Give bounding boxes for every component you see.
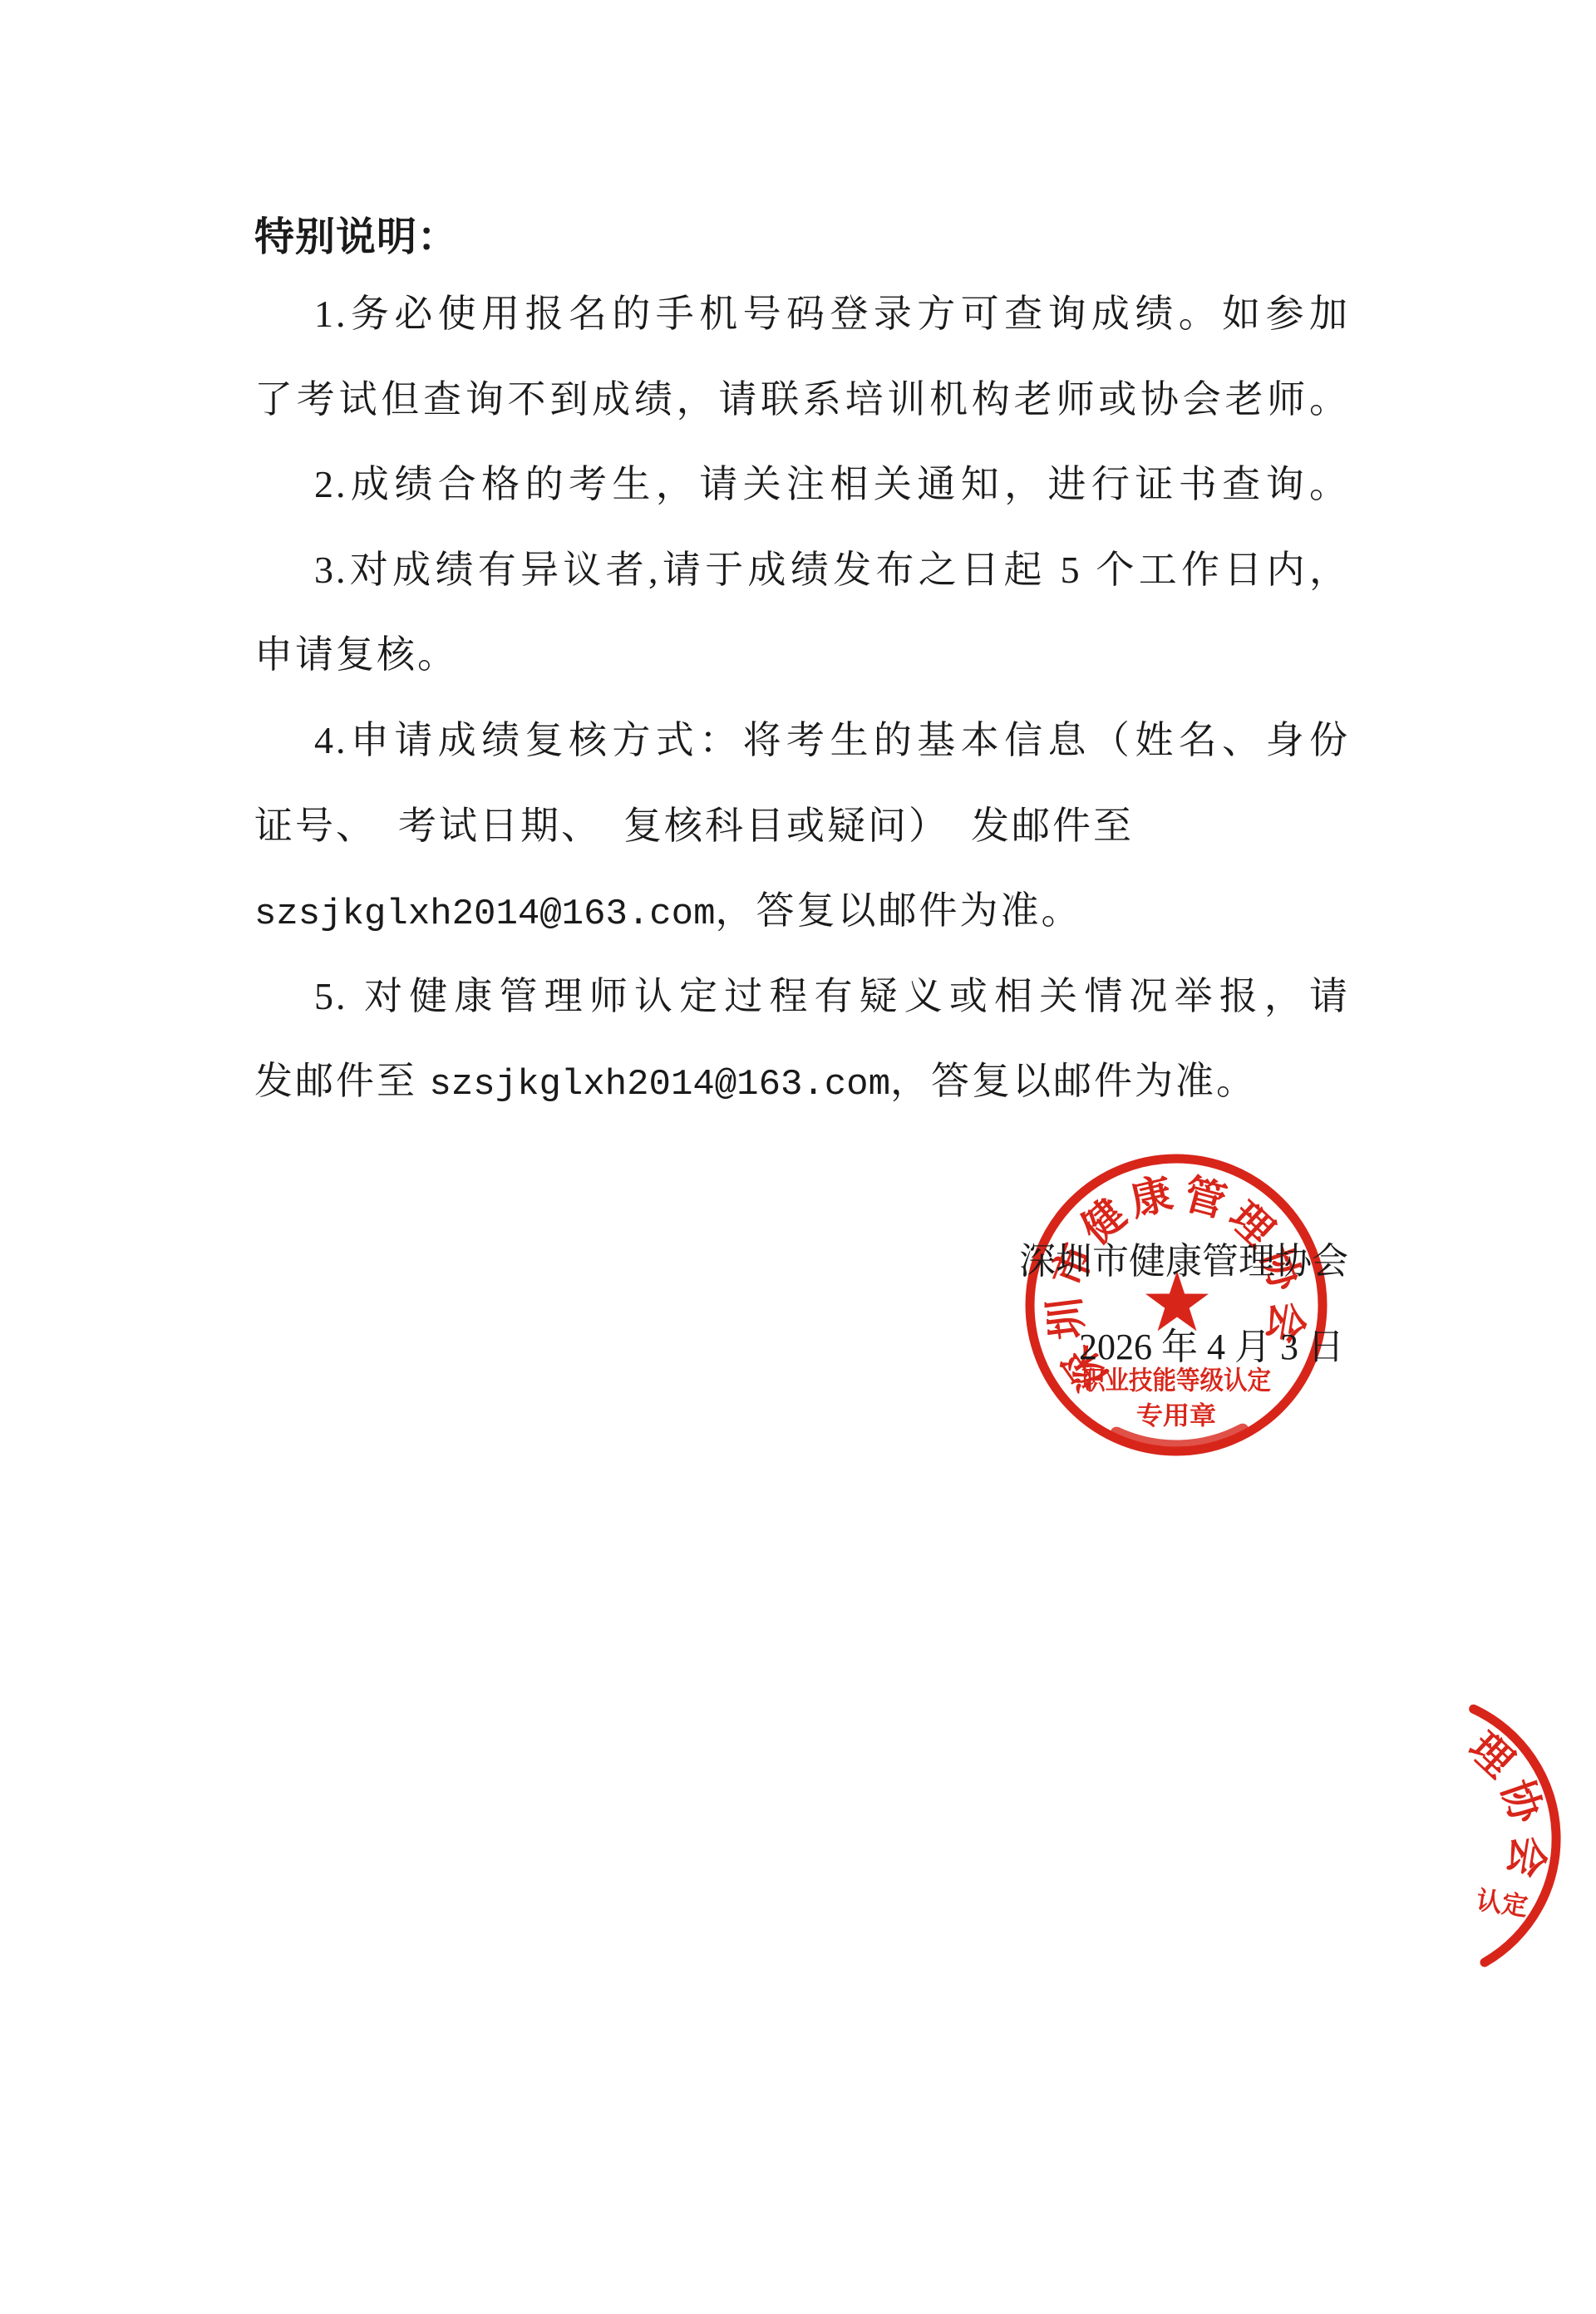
body-line: 2.成绩合格的考生，请关注相关通知，进行证书查询。: [254, 463, 1350, 549]
email-text: szsjkglxh2014@163.com: [254, 894, 716, 935]
body-line: 3.对成绩有异议者,请于成绩发布之日起 5 个工作日内，: [254, 549, 1350, 634]
body-line: 5. 对健康管理师认定过程有疑义或相关情况举报，请: [254, 975, 1350, 1061]
body-lines: 1.务必使用报名的手机号码登录方可查询成绩。如参加了考试但查询不到成绩，请联系培…: [254, 293, 1350, 1145]
signature-date: 2026 年 4 月 3 日: [1079, 1317, 1344, 1370]
body-text: 4.申请成绩复核方式：将考生的基本信息（姓名、身份: [314, 719, 1350, 761]
email-text: szsjkglxh2014@163.com: [430, 1064, 891, 1105]
body-text: 1.务必使用报名的手机号码登录方可查询成绩。如参加: [314, 293, 1350, 335]
document-title: 特别说明：: [254, 204, 458, 262]
body-line: 发邮件至 szsjkglxh2014@163.com，答复以邮件为准。: [254, 1060, 1350, 1145]
body-text: 发邮件至: [254, 1060, 430, 1102]
seal-ring-char: 会: [1500, 1833, 1553, 1881]
partial-seal-stamp: 理协会 认定: [1297, 1662, 1596, 2028]
seal-ring-char: 康: [1126, 1170, 1176, 1225]
body-text: ，答复以邮件为准。: [716, 889, 1082, 932]
seal-inner-line2: 专用章: [1136, 1402, 1216, 1430]
body-text: 5. 对健康管理师认定过程有疑义或相关情况举报，请: [314, 975, 1350, 1017]
body-text: 3.对成绩有异议者,请于成绩发布之日起 5 个工作日内，: [314, 549, 1350, 591]
document-page: 特别说明： 1.务必使用报名的手机号码登录方可查询成绩。如参加了考试但查询不到成…: [0, 0, 1596, 2314]
body-line: szsjkglxh2014@163.com，答复以邮件为准。: [254, 889, 1350, 975]
official-seal-stamp: 深圳市健康管理协会 职业技能等级认定 专用章: [1009, 1140, 1343, 1475]
body-line: 申请复核。: [254, 633, 1350, 719]
signature-org: 深圳市健康管理协会: [1019, 1231, 1348, 1284]
body-text: 证号、 考试日期、 复核科目或疑问） 发邮件至: [254, 805, 1134, 847]
body-line: 证号、 考试日期、 复核科目或疑问） 发邮件至: [254, 805, 1350, 890]
seal-ring-char: 管: [1179, 1170, 1231, 1226]
partial-seal-ring-text: 理协会: [1461, 1724, 1553, 1881]
body-text: 2.成绩合格的考生，请关注相关通知，进行证书查询。: [314, 463, 1350, 505]
body-text: ，答复以邮件为准。: [890, 1060, 1257, 1102]
body-text: 申请复核。: [254, 633, 458, 676]
body-text: 了考试但查询不到成绩，请联系培训机构老师或协会老师。: [254, 378, 1350, 421]
seal-inner-line1: 职业技能等级认定: [1081, 1366, 1271, 1396]
partial-seal-inner-text: 认定: [1475, 1885, 1529, 1921]
body-line: 1.务必使用报名的手机号码登录方可查询成绩。如参加: [254, 293, 1350, 378]
seal-ink-smudge: [1116, 1430, 1243, 1446]
body-line: 了考试但查询不到成绩，请联系培训机构老师或协会老师。: [254, 378, 1350, 464]
body-line: 4.申请成绩复核方式：将考生的基本信息（姓名、身份: [254, 719, 1350, 805]
